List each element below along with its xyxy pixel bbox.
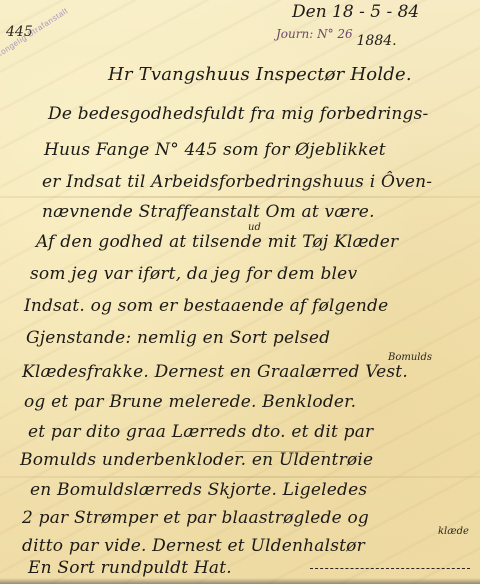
body-line-12: Bomulds underbenkloder. en Uldentrøie — [20, 450, 373, 470]
body-line-14: 2 par Strømper et par blaastrøglede og — [22, 508, 369, 528]
paper-fold-line — [0, 196, 480, 198]
closing-dash-line — [310, 568, 470, 569]
body-line-9: Klædesfrakke. Dernest en Graalærred Vest… — [22, 362, 408, 382]
document-page: 445 Kongelig Strafanstalt Den 18 - 5 - 8… — [0, 0, 480, 584]
body-line-4: nævnende Straffeanstalt Om at være. — [42, 202, 375, 222]
body-line-8: Gjenstande: nemlig en Sort pelsed — [26, 328, 330, 348]
journal-year: 1884. — [357, 33, 397, 49]
body-line-7: Indsat. og som er bestaaende af følgende — [24, 296, 388, 316]
journal-reference: Journ: N° 26 1884. — [276, 26, 397, 42]
body-line-5: Af den godhed at tilsende mit Tøj Klæder — [36, 232, 398, 252]
body-line-10: og et par Brune melerede. Benkloder. — [24, 392, 356, 412]
body-line-1: De bedesgodhedsfuldt fra mig forbedrings… — [48, 104, 428, 124]
body-line-3: er Indsat til Arbeidsforbedringshuus i Ô… — [42, 172, 432, 192]
journal-number: Journ: N° 26 — [276, 27, 353, 41]
body-line-6: som jeg var iført, da jeg for dem blev — [30, 264, 357, 284]
body-line-11: et par dito graa Lærreds dto. et dit par — [28, 422, 373, 442]
letter-date: Den 18 - 5 - 84 — [292, 2, 419, 22]
body-line-16: En Sort rundpuldt Hat. — [28, 558, 232, 578]
body-line-2: Huus Fange N° 445 som for Øjeblikket — [44, 140, 386, 160]
paper-fold-line-lower — [0, 476, 480, 478]
body-line-13: en Bomuldslærreds Skjorte. Ligeledes — [30, 480, 367, 500]
salutation: Hr Tvangshuus Inspectør Holde. — [108, 64, 412, 85]
page-bottom-edge — [0, 578, 480, 584]
body-line-15: ditto par vide. Dernest et Uldenhalstør — [22, 536, 365, 556]
margin-note-klaede: klæde — [438, 526, 469, 537]
